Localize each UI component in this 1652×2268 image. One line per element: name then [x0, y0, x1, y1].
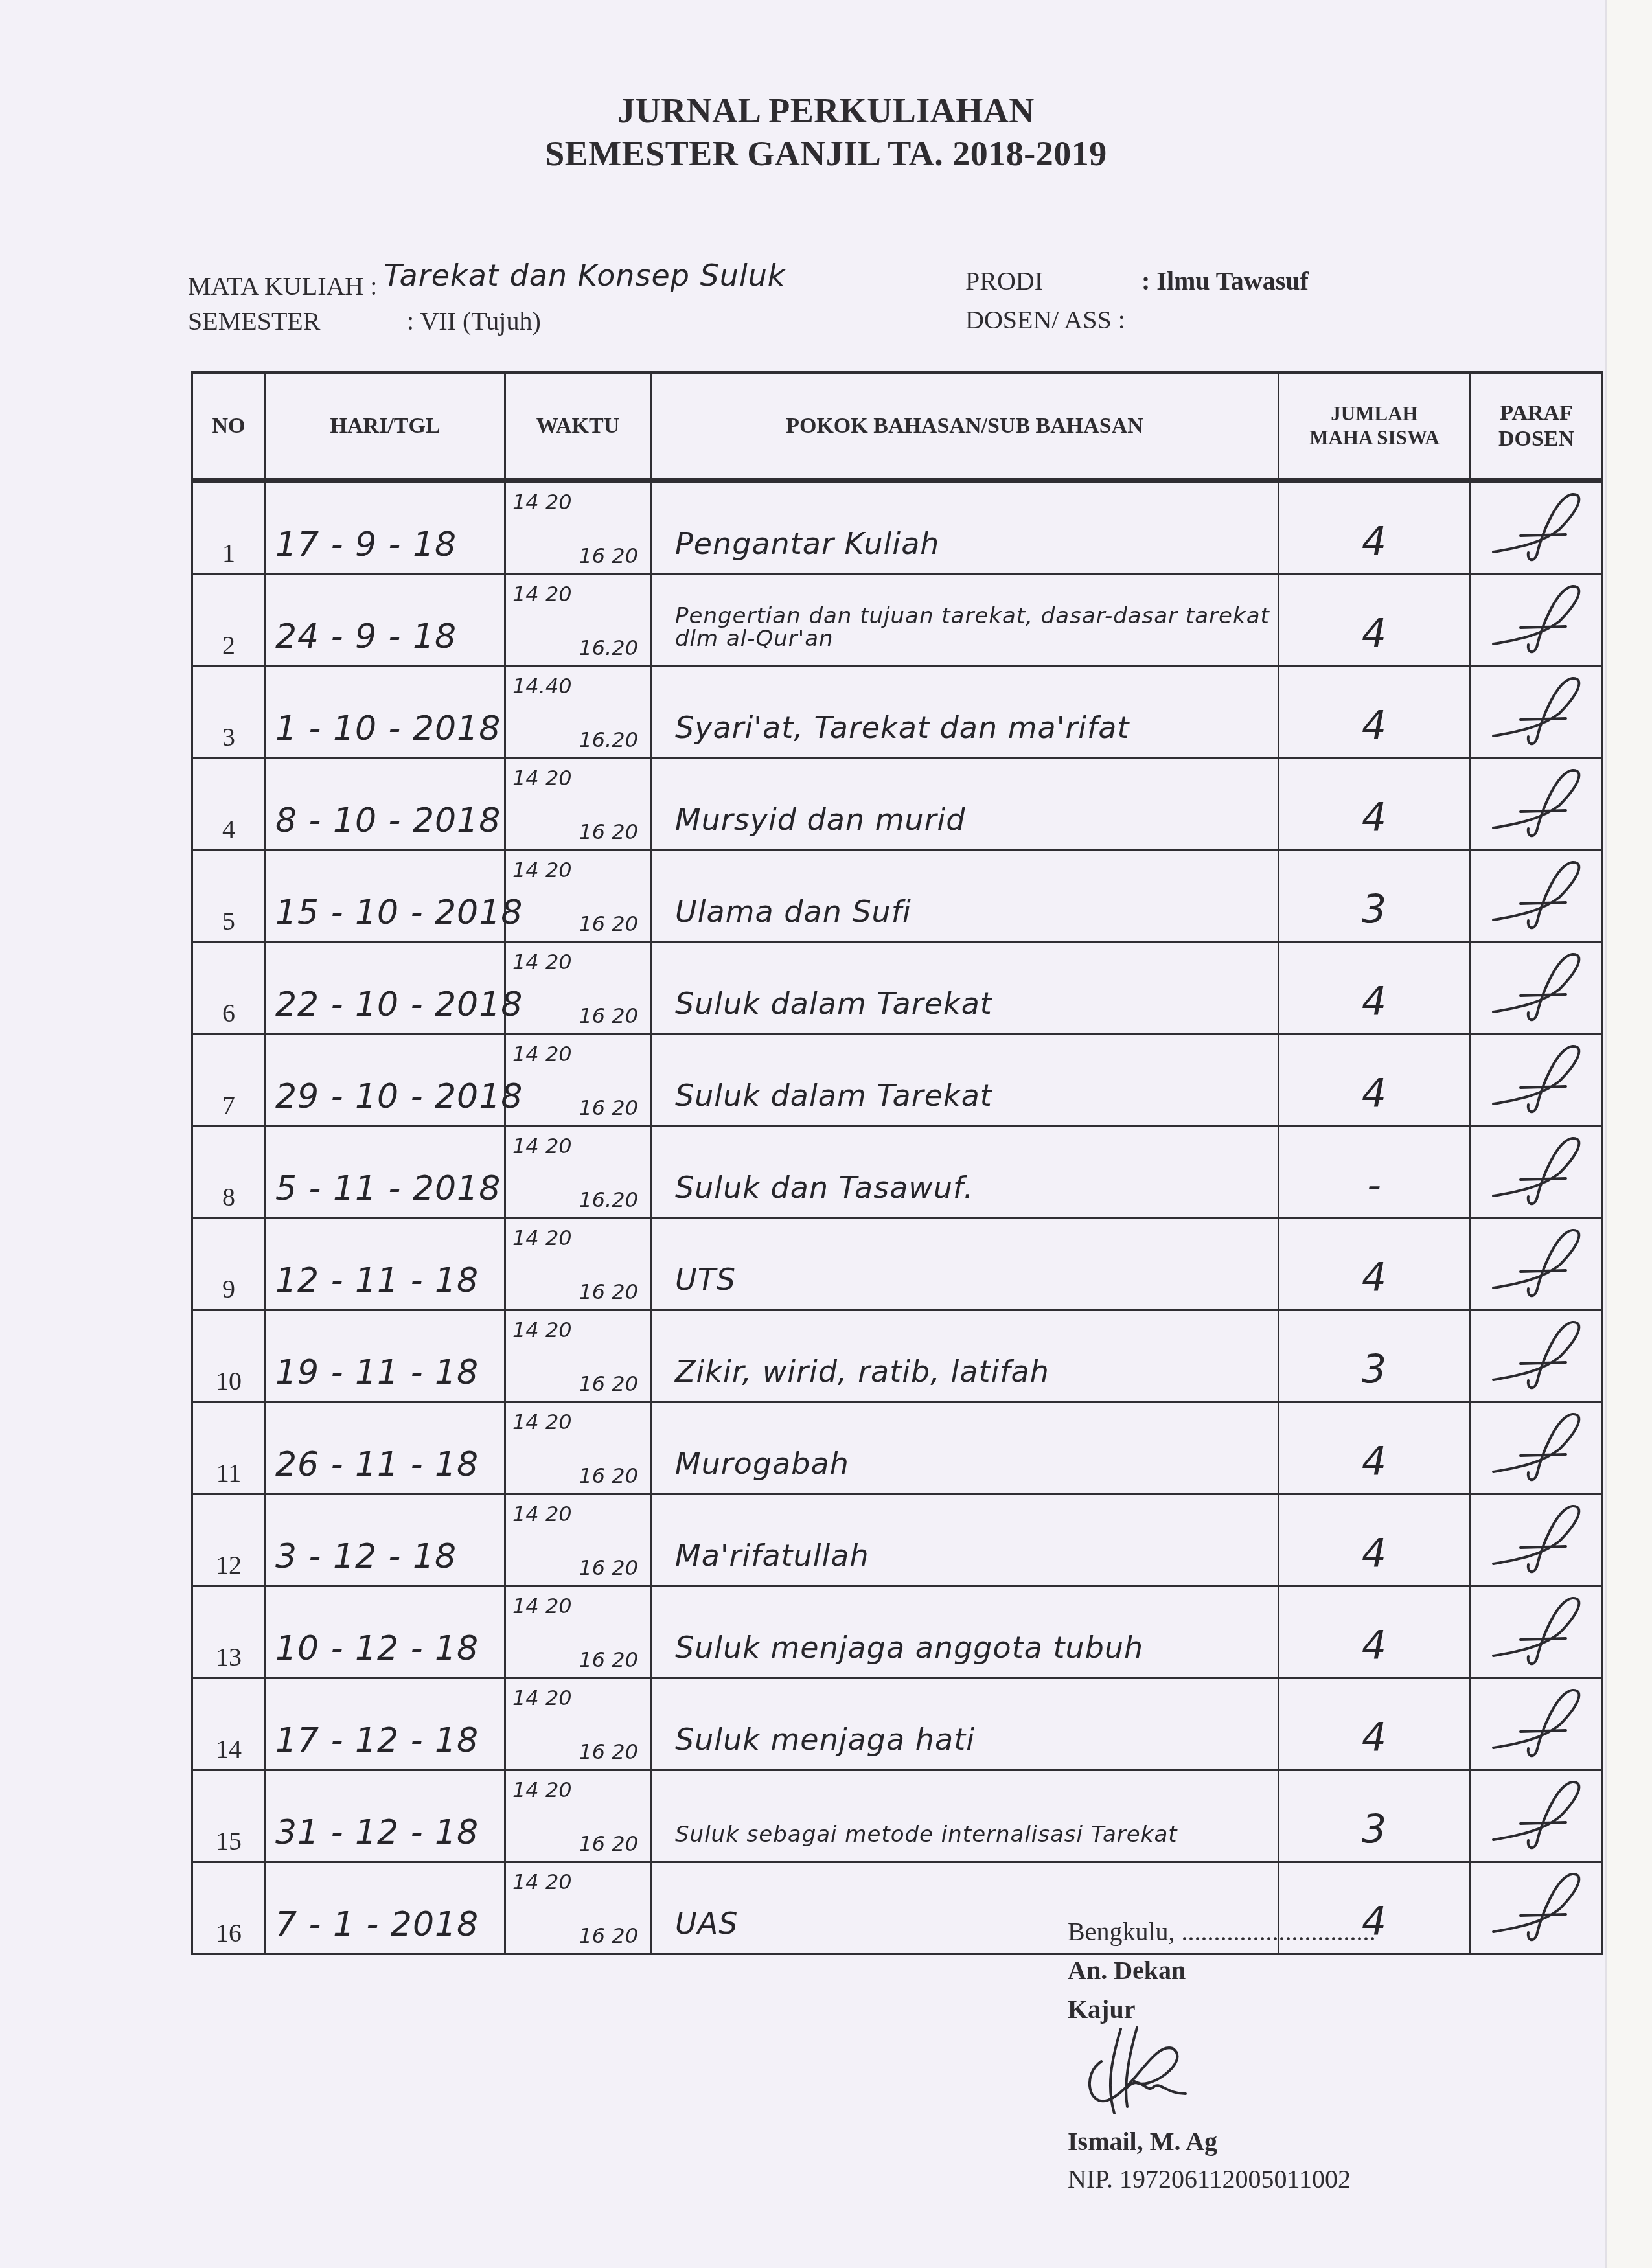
row-number: 10 [192, 1311, 266, 1403]
row-time: 14 2016 20 [505, 1495, 651, 1586]
row-number: 5 [192, 851, 266, 943]
row-date: 17 - 12 - 18 [266, 1678, 505, 1770]
lecturer-initial-icon [1482, 1502, 1592, 1579]
row-paraf [1471, 1495, 1603, 1586]
row-topic: Zikir, wirid, ratib, latifah [651, 1311, 1279, 1403]
table-row: 167 - 1 - 201814 2016 20UAS4 [192, 1862, 1603, 1954]
row-paraf [1471, 943, 1603, 1035]
row-date: 17 - 9 - 18 [266, 481, 505, 575]
row-date: 22 - 10 - 2018 [266, 943, 505, 1035]
row-topic: Pengantar Kuliah [651, 481, 1279, 575]
row-date: 10 - 12 - 18 [266, 1586, 505, 1678]
row-date: 12 - 11 - 18 [266, 1219, 505, 1311]
row-time: 14 2016 20 [505, 1311, 651, 1403]
row-time: 14 2016 20 [505, 1035, 651, 1127]
row-student-count: 4 [1279, 575, 1471, 667]
mata-kuliah-label: MATA KULIAH : [188, 271, 377, 301]
lecturer-initial-icon [1482, 1594, 1592, 1671]
row-time: 14 2016 20 [505, 481, 651, 575]
row-number: 4 [192, 759, 266, 851]
row-number: 8 [192, 1127, 266, 1219]
page-edge [1605, 0, 1652, 2268]
row-number: 12 [192, 1495, 266, 1586]
row-number: 6 [192, 943, 266, 1035]
row-paraf [1471, 1127, 1603, 1219]
row-student-count: 3 [1279, 851, 1471, 943]
table-row: 912 - 11 - 1814 2016 20UTS4 [192, 1219, 1603, 1311]
row-student-count: 4 [1279, 759, 1471, 851]
row-paraf [1471, 1403, 1603, 1495]
row-time: 14.4016.20 [505, 667, 651, 759]
row-student-count: 4 [1279, 1678, 1471, 1770]
row-paraf [1471, 759, 1603, 851]
row-topic: Suluk dan Tasawuf. [651, 1127, 1279, 1219]
row-student-count: 4 [1279, 1495, 1471, 1586]
row-number: 15 [192, 1770, 266, 1862]
table-row: 1417 - 12 - 1814 2016 20Suluk menjaga ha… [192, 1678, 1603, 1770]
row-topic: Syari'at, Tarekat dan ma'rifat [651, 667, 1279, 759]
row-student-count: 4 [1279, 667, 1471, 759]
row-student-count: 4 [1279, 481, 1471, 575]
lecturer-initial-icon [1482, 490, 1592, 567]
row-paraf [1471, 851, 1603, 943]
row-number: 16 [192, 1862, 266, 1954]
row-student-count: 3 [1279, 1770, 1471, 1862]
row-paraf [1471, 575, 1603, 667]
row-date: 15 - 10 - 2018 [266, 851, 505, 943]
row-paraf [1471, 1035, 1603, 1127]
signatory-title: An. Dekan [1068, 1955, 1186, 1986]
lecturer-initial-icon [1482, 1870, 1592, 1947]
prodi-label: PRODI [965, 266, 1043, 296]
row-student-count: 4 [1279, 1586, 1471, 1678]
dosen-label: DOSEN/ ASS : [965, 304, 1125, 335]
lecturer-initial-icon [1482, 1134, 1592, 1211]
col-header-lecturer-initial: PARAF DOSEN [1471, 372, 1603, 481]
row-topic: Mursyid dan murid [651, 759, 1279, 851]
row-paraf [1471, 1770, 1603, 1862]
row-number: 7 [192, 1035, 266, 1127]
document-title: JURNAL PERKULIAHAN [0, 91, 1652, 131]
row-student-count: 4 [1279, 1035, 1471, 1127]
row-date: 8 - 10 - 2018 [266, 759, 505, 851]
row-paraf [1471, 1862, 1603, 1954]
mata-kuliah-row: MATA KULIAH : Tarekat dan Konsep Suluk [188, 267, 786, 302]
table-row: 85 - 11 - 201814 2016.20Suluk dan Tasawu… [192, 1127, 1603, 1219]
prodi-value: : Ilmu Tawasuf [1141, 266, 1309, 296]
row-topic: Suluk menjaga anggota tubuh [651, 1586, 1279, 1678]
row-date: 5 - 11 - 2018 [266, 1127, 505, 1219]
row-time: 14 2016.20 [505, 575, 651, 667]
col-header-student-count: JUMLAH MAHA SISWA [1279, 372, 1471, 481]
row-paraf [1471, 667, 1603, 759]
row-student-count: 3 [1279, 1311, 1471, 1403]
table-row: 1531 - 12 - 1814 2016 20Suluk sebagai me… [192, 1770, 1603, 1862]
col-header-topic: POKOK BAHASAN/SUB BAHASAN [651, 372, 1279, 481]
col-header-time: WAKTU [505, 372, 651, 481]
semester-label: SEMESTER [188, 306, 320, 336]
signatory-role: Kajur [1068, 1994, 1135, 2024]
lecturer-initial-icon [1482, 1686, 1592, 1763]
row-date: 29 - 10 - 2018 [266, 1035, 505, 1127]
row-date: 26 - 11 - 18 [266, 1403, 505, 1495]
row-student-count: 4 [1279, 1403, 1471, 1495]
row-paraf [1471, 1219, 1603, 1311]
table-row: 1126 - 11 - 1814 2016 20Murogabah4 [192, 1403, 1603, 1495]
row-student-count: 4 [1279, 943, 1471, 1035]
table-row: 515 - 10 - 201814 2016 20Ulama dan Sufi3 [192, 851, 1603, 943]
lecturer-initial-icon [1482, 858, 1592, 935]
row-student-count: 4 [1279, 1219, 1471, 1311]
row-topic: Ulama dan Sufi [651, 851, 1279, 943]
lecturer-initial-icon [1482, 950, 1592, 1027]
lecturer-initial-icon [1482, 1042, 1592, 1119]
row-time: 14 2016 20 [505, 1770, 651, 1862]
row-topic: Suluk dalam Tarekat [651, 943, 1279, 1035]
row-number: 9 [192, 1219, 266, 1311]
table-row: 31 - 10 - 201814.4016.20Syari'at, Tareka… [192, 667, 1603, 759]
lecturer-initial-icon [1482, 1778, 1592, 1855]
row-date: 3 - 12 - 18 [266, 1495, 505, 1586]
table-row: 729 - 10 - 201814 2016 20Suluk dalam Tar… [192, 1035, 1603, 1127]
row-date: 19 - 11 - 18 [266, 1311, 505, 1403]
table-row: 224 - 9 - 1814 2016.20Pengertian dan tuj… [192, 575, 1603, 667]
journal-table: NO HARI/TGL WAKTU POKOK BAHASAN/SUB BAHA… [191, 371, 1603, 1955]
row-paraf [1471, 1311, 1603, 1403]
table-row: 117 - 9 - 1814 2016 20Pengantar Kuliah4 [192, 481, 1603, 575]
row-number: 11 [192, 1403, 266, 1495]
row-topic: Ma'rifatullah [651, 1495, 1279, 1586]
lecturer-initial-icon [1482, 1410, 1592, 1487]
table-row: 622 - 10 - 201814 2016 20Suluk dalam Tar… [192, 943, 1603, 1035]
lecturer-initial-icon [1482, 582, 1592, 659]
row-time: 14 2016.20 [505, 1127, 651, 1219]
row-paraf [1471, 1678, 1603, 1770]
row-number: 3 [192, 667, 266, 759]
row-date: 24 - 9 - 18 [266, 575, 505, 667]
row-time: 14 2016 20 [505, 1403, 651, 1495]
row-topic: Suluk sebagai metode internalisasi Tarek… [651, 1770, 1279, 1862]
lecturer-initial-icon [1482, 1318, 1592, 1395]
lecturer-initial-icon [1482, 1226, 1592, 1303]
signatory-nip: NIP. 197206112005011002 [1068, 2164, 1351, 2194]
row-topic: Suluk menjaga hati [651, 1678, 1279, 1770]
row-time: 14 2016 20 [505, 851, 651, 943]
row-topic: Pengertian dan tujuan tarekat, dasar-das… [651, 575, 1279, 667]
row-paraf [1471, 1586, 1603, 1678]
place-date: Bengkulu, .............................. [1068, 1916, 1376, 1947]
row-number: 13 [192, 1586, 266, 1678]
row-topic: Suluk dalam Tarekat [651, 1035, 1279, 1127]
row-number: 2 [192, 575, 266, 667]
dean-signature-icon [1075, 2022, 1205, 2120]
lecturer-initial-icon [1482, 766, 1592, 843]
mata-kuliah-value: Tarekat dan Konsep Suluk [384, 258, 785, 293]
row-number: 1 [192, 481, 266, 575]
row-time: 14 2016 20 [505, 759, 651, 851]
col-header-no: NO [192, 372, 266, 481]
row-topic: Murogabah [651, 1403, 1279, 1495]
table-row: 1310 - 12 - 1814 2016 20Suluk menjaga an… [192, 1586, 1603, 1678]
row-time: 14 2016 20 [505, 1678, 651, 1770]
table-row: 48 - 10 - 201814 2016 20Mursyid dan muri… [192, 759, 1603, 851]
row-student-count: - [1279, 1127, 1471, 1219]
table-row: 1019 - 11 - 1814 2016 20Zikir, wirid, ra… [192, 1311, 1603, 1403]
row-date: 1 - 10 - 2018 [266, 667, 505, 759]
table-header-row: NO HARI/TGL WAKTU POKOK BAHASAN/SUB BAHA… [192, 372, 1603, 481]
row-time: 14 2016 20 [505, 943, 651, 1035]
signatory-name: Ismail, M. Ag [1068, 2126, 1217, 2157]
row-time: 14 2016 20 [505, 1586, 651, 1678]
lecturer-initial-icon [1482, 674, 1592, 751]
row-time: 14 2016 20 [505, 1862, 651, 1954]
col-header-date: HARI/TGL [266, 372, 505, 481]
table-row: 123 - 12 - 1814 2016 20Ma'rifatullah4 [192, 1495, 1603, 1586]
row-topic: UTS [651, 1219, 1279, 1311]
semester-value: : VII (Tujuh) [407, 306, 541, 336]
row-paraf [1471, 481, 1603, 575]
row-date: 31 - 12 - 18 [266, 1770, 505, 1862]
row-number: 14 [192, 1678, 266, 1770]
document-subtitle: SEMESTER GANJIL TA. 2018-2019 [0, 133, 1652, 174]
row-time: 14 2016 20 [505, 1219, 651, 1311]
row-date: 7 - 1 - 2018 [266, 1862, 505, 1954]
